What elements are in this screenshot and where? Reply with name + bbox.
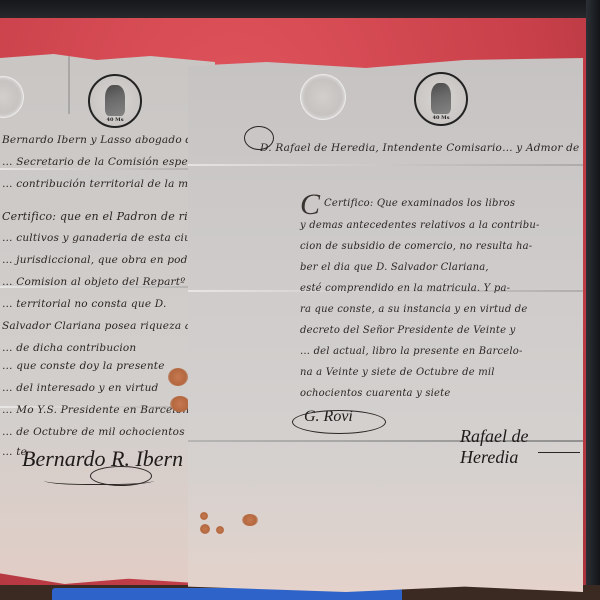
rust-stain [168, 368, 188, 386]
text-line: … Mo Y.S. Presidente en Barcelona [2, 404, 196, 416]
stamp-value: 40 Ms [90, 117, 140, 123]
left-document: 40 Ms Bernardo Ibern y Lasso abogado del… [0, 54, 215, 584]
text-line: … que conste doy la presente [2, 360, 165, 372]
text-line: … jurisdiccional, que obra en poder [2, 254, 199, 266]
embossed-seal-icon [300, 74, 346, 120]
text-line: decreto del Señor Presidente de Veinte y [300, 325, 515, 336]
signature-underline [44, 474, 154, 485]
text-line: … de dicha contribucion [2, 342, 136, 354]
text-line: … Comision al objeto del Repartº de la [2, 276, 216, 288]
tax-stamp-icon: 40 Ms [414, 72, 468, 126]
text-line: Bernardo Ibern y Lasso abogado del Ilt [2, 134, 218, 146]
rust-stain [200, 512, 208, 520]
rust-stain [200, 524, 210, 534]
text-line: … del interesado y en virtud [2, 382, 158, 394]
fold-crease [68, 54, 70, 114]
stamp-value: 40 Ms [416, 115, 466, 121]
embossed-seal-icon [0, 76, 24, 118]
tax-stamp-icon: 40 Ms [88, 74, 142, 128]
right-document: 40 Ms D. Rafael de Heredia, Intendente C… [188, 58, 583, 592]
initial-c: C [300, 188, 320, 222]
text-line: ochocientos cuarenta y siete [300, 388, 451, 399]
text-line: esté comprendido en la matricula. Y pa- [300, 283, 510, 294]
text-line: ra que conste, a su instancia y en virtu… [300, 304, 528, 315]
fold-crease [188, 164, 583, 166]
text-line: … cultivos y ganaderia de esta ciudad [2, 232, 211, 244]
text-line: … territorial no consta que D. [2, 298, 167, 310]
text-line: … de Octubre de mil ochocientos [2, 426, 185, 438]
rubric-flourish [292, 410, 386, 434]
text-line: cion de subsidio de comercio, no resulta… [300, 241, 532, 252]
allegorical-figure-icon [105, 85, 125, 116]
text-line: ber el dia que D. Salvador Clariana, [300, 262, 489, 273]
fold-crease [0, 168, 215, 170]
rust-stain [216, 526, 224, 534]
allegorical-figure-icon [431, 83, 451, 114]
signature: Rafael de Heredia [460, 426, 583, 468]
text-line: Certifico: Que examinados los libros [324, 198, 515, 209]
signature-underline [538, 452, 580, 455]
text-line: … del actual, libro la presente en Barce… [300, 346, 523, 357]
rust-stain [242, 514, 258, 526]
text-line: … contribución territorial de la misma [2, 178, 214, 190]
text-line: y demas antecedentes relativos a la cont… [300, 220, 540, 231]
text-line: … Secretario de la Comisión especial [2, 156, 208, 168]
text-line: na a Veinte y siete de Octubre de mil [300, 367, 495, 378]
rust-stain [170, 396, 190, 412]
dark-frame-right [586, 0, 600, 600]
heading-line: D. Rafael de Heredia, Intendente Comisar… [260, 142, 600, 154]
